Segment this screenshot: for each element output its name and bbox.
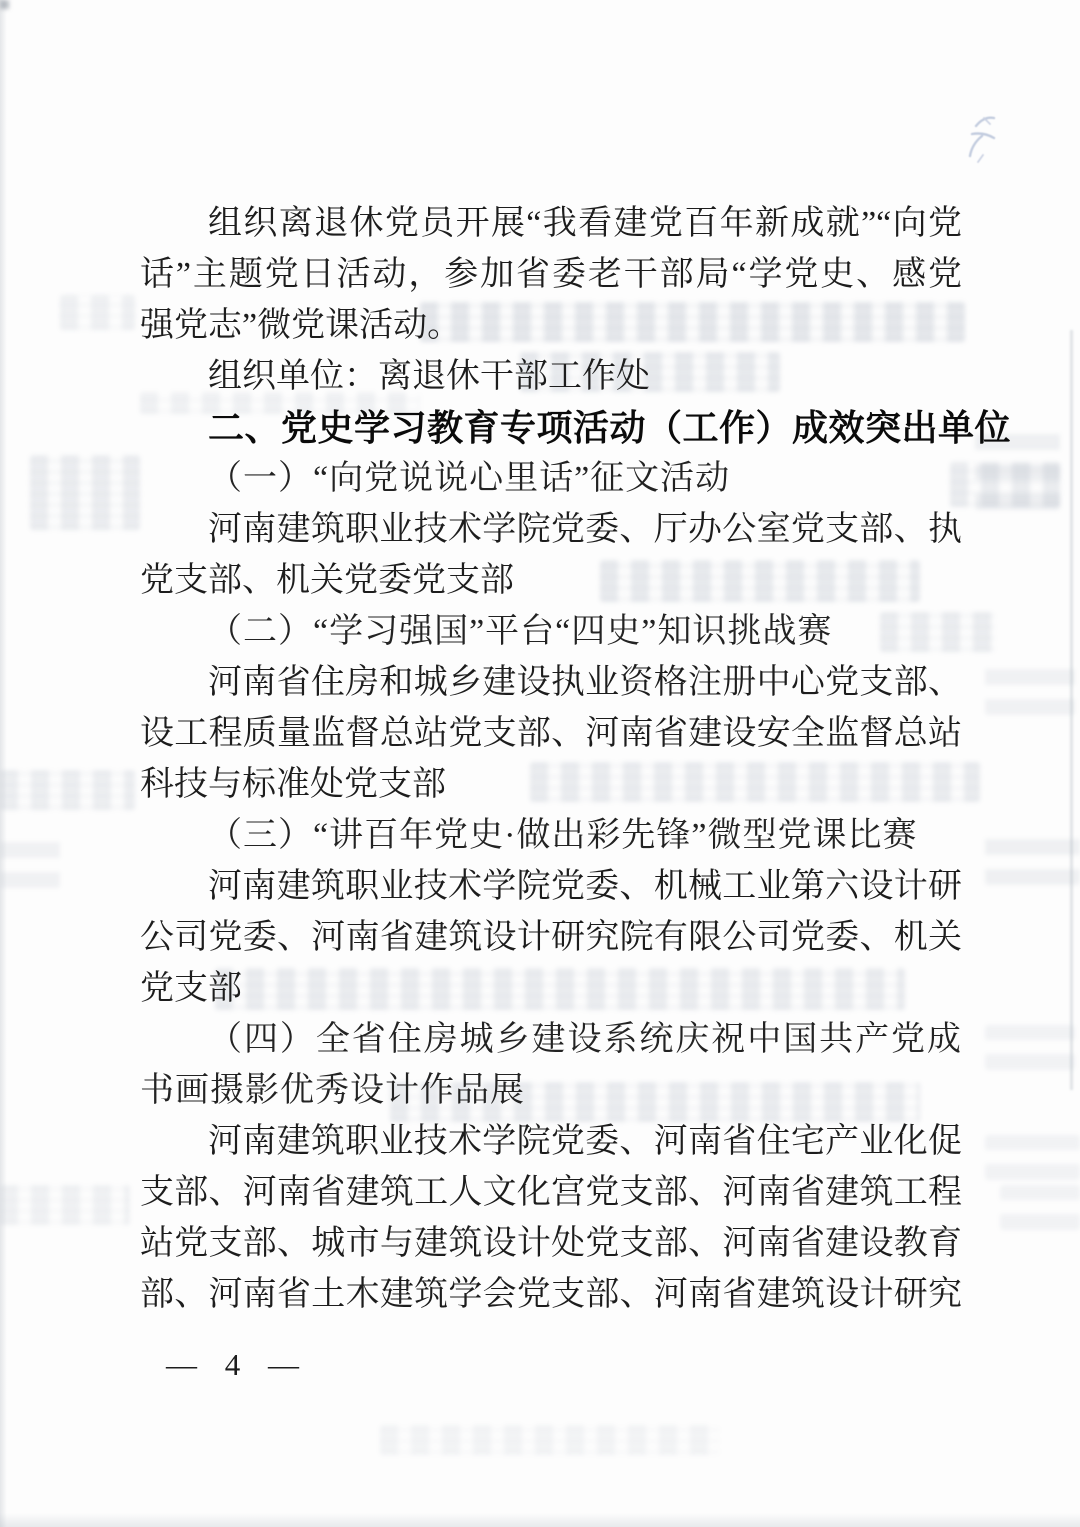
text-line: 站党支部、城市与建筑设计处党支部、河南省建设教育协会党支 [140,1218,962,1269]
text-line: （三）“讲百年党史·做出彩先锋”微型党课比赛 [140,810,962,861]
bleedthrough-smudge [30,455,140,530]
text-line: 部、河南省土木建筑学会党支部、河南省建筑设计研究院有限公 [140,1269,962,1320]
text-line: （二）“学习强国”平台“四史”知识挑战赛 [140,606,962,657]
text-line: 设工程质量监督总站党支部、河南省建设安全监督总站党支部、 [140,708,962,759]
bleedthrough-smudge [1000,1185,1080,1230]
bleedthrough-smudge [0,828,60,888]
document-body: 组织离退休党员开展“我看建党百年新成就”“向党说说心里话”主题党日活动，参加省委… [140,198,962,1320]
text-line: 河南建筑职业技术学院党委、河南省住宅产业化促进中心党 [140,1116,962,1167]
text-line: 科技与标准处党支部 [140,759,962,810]
bleedthrough-smudge [985,825,1080,885]
pen-mark-icon [962,98,1010,176]
scan-edge-bottom [0,1513,1080,1527]
text-line: 河南省住房和城乡建设执业资格注册中心党支部、河南省建 [140,657,962,708]
text-line: （一）“向党说说心里话”征文活动 [140,453,962,504]
text-line: 组织离退休党员开展“我看建党百年新成就”“向党说说心里 [140,198,962,249]
text-line: 党支部 [140,963,962,1014]
page-number: — 4 — [166,1345,309,1385]
text-line: 河南建筑职业技术学院党委、机械工业第六设计研究院有限 [140,861,962,912]
scan-edge-right [1070,330,1073,1090]
bleedthrough-smudge [985,1135,1080,1180]
text-line: 强党志”微党课活动。 [140,300,962,351]
bleedthrough-smudge [985,1025,1075,1070]
bleedthrough-smudge [60,295,135,330]
text-line: 支部、河南省建筑工人文化宫党支部、河南省建筑工程标准定额 [140,1167,962,1218]
text-line: 组织单位：离退休干部工作处 [140,351,962,402]
text-line: 河南建筑职业技术学院党委、厅办公室党支部、执法监督处 [140,504,962,555]
bleedthrough-smudge [380,1425,720,1455]
text-line: 话”主题党日活动，参加省委老干部局“学党史、感党恩，讲党史、 [140,249,962,300]
scan-edge-left [0,0,7,1527]
text-line: 书画摄影优秀设计作品展 [140,1065,962,1116]
scan-corner-speck [0,0,9,9]
text-line: （四）全省住房城乡建设系统庆祝中国共产党成立 100 周年 [140,1014,962,1065]
text-line: 党支部、机关党委党支部 [140,555,962,606]
bleedthrough-smudge [0,1185,130,1225]
document-page: 组织离退休党员开展“我看建党百年新成就”“向党说说心里话”主题党日活动，参加省委… [0,0,1080,1527]
text-line: 二、党史学习教育专项活动（工作）成效突出单位 [140,402,962,453]
bleedthrough-smudge [0,770,135,810]
text-line: 公司党委、河南省建筑设计研究院有限公司党委、机关服务中心 [140,912,962,963]
bleedthrough-smudge [985,665,1075,715]
bleedthrough-smudge [950,462,1060,507]
